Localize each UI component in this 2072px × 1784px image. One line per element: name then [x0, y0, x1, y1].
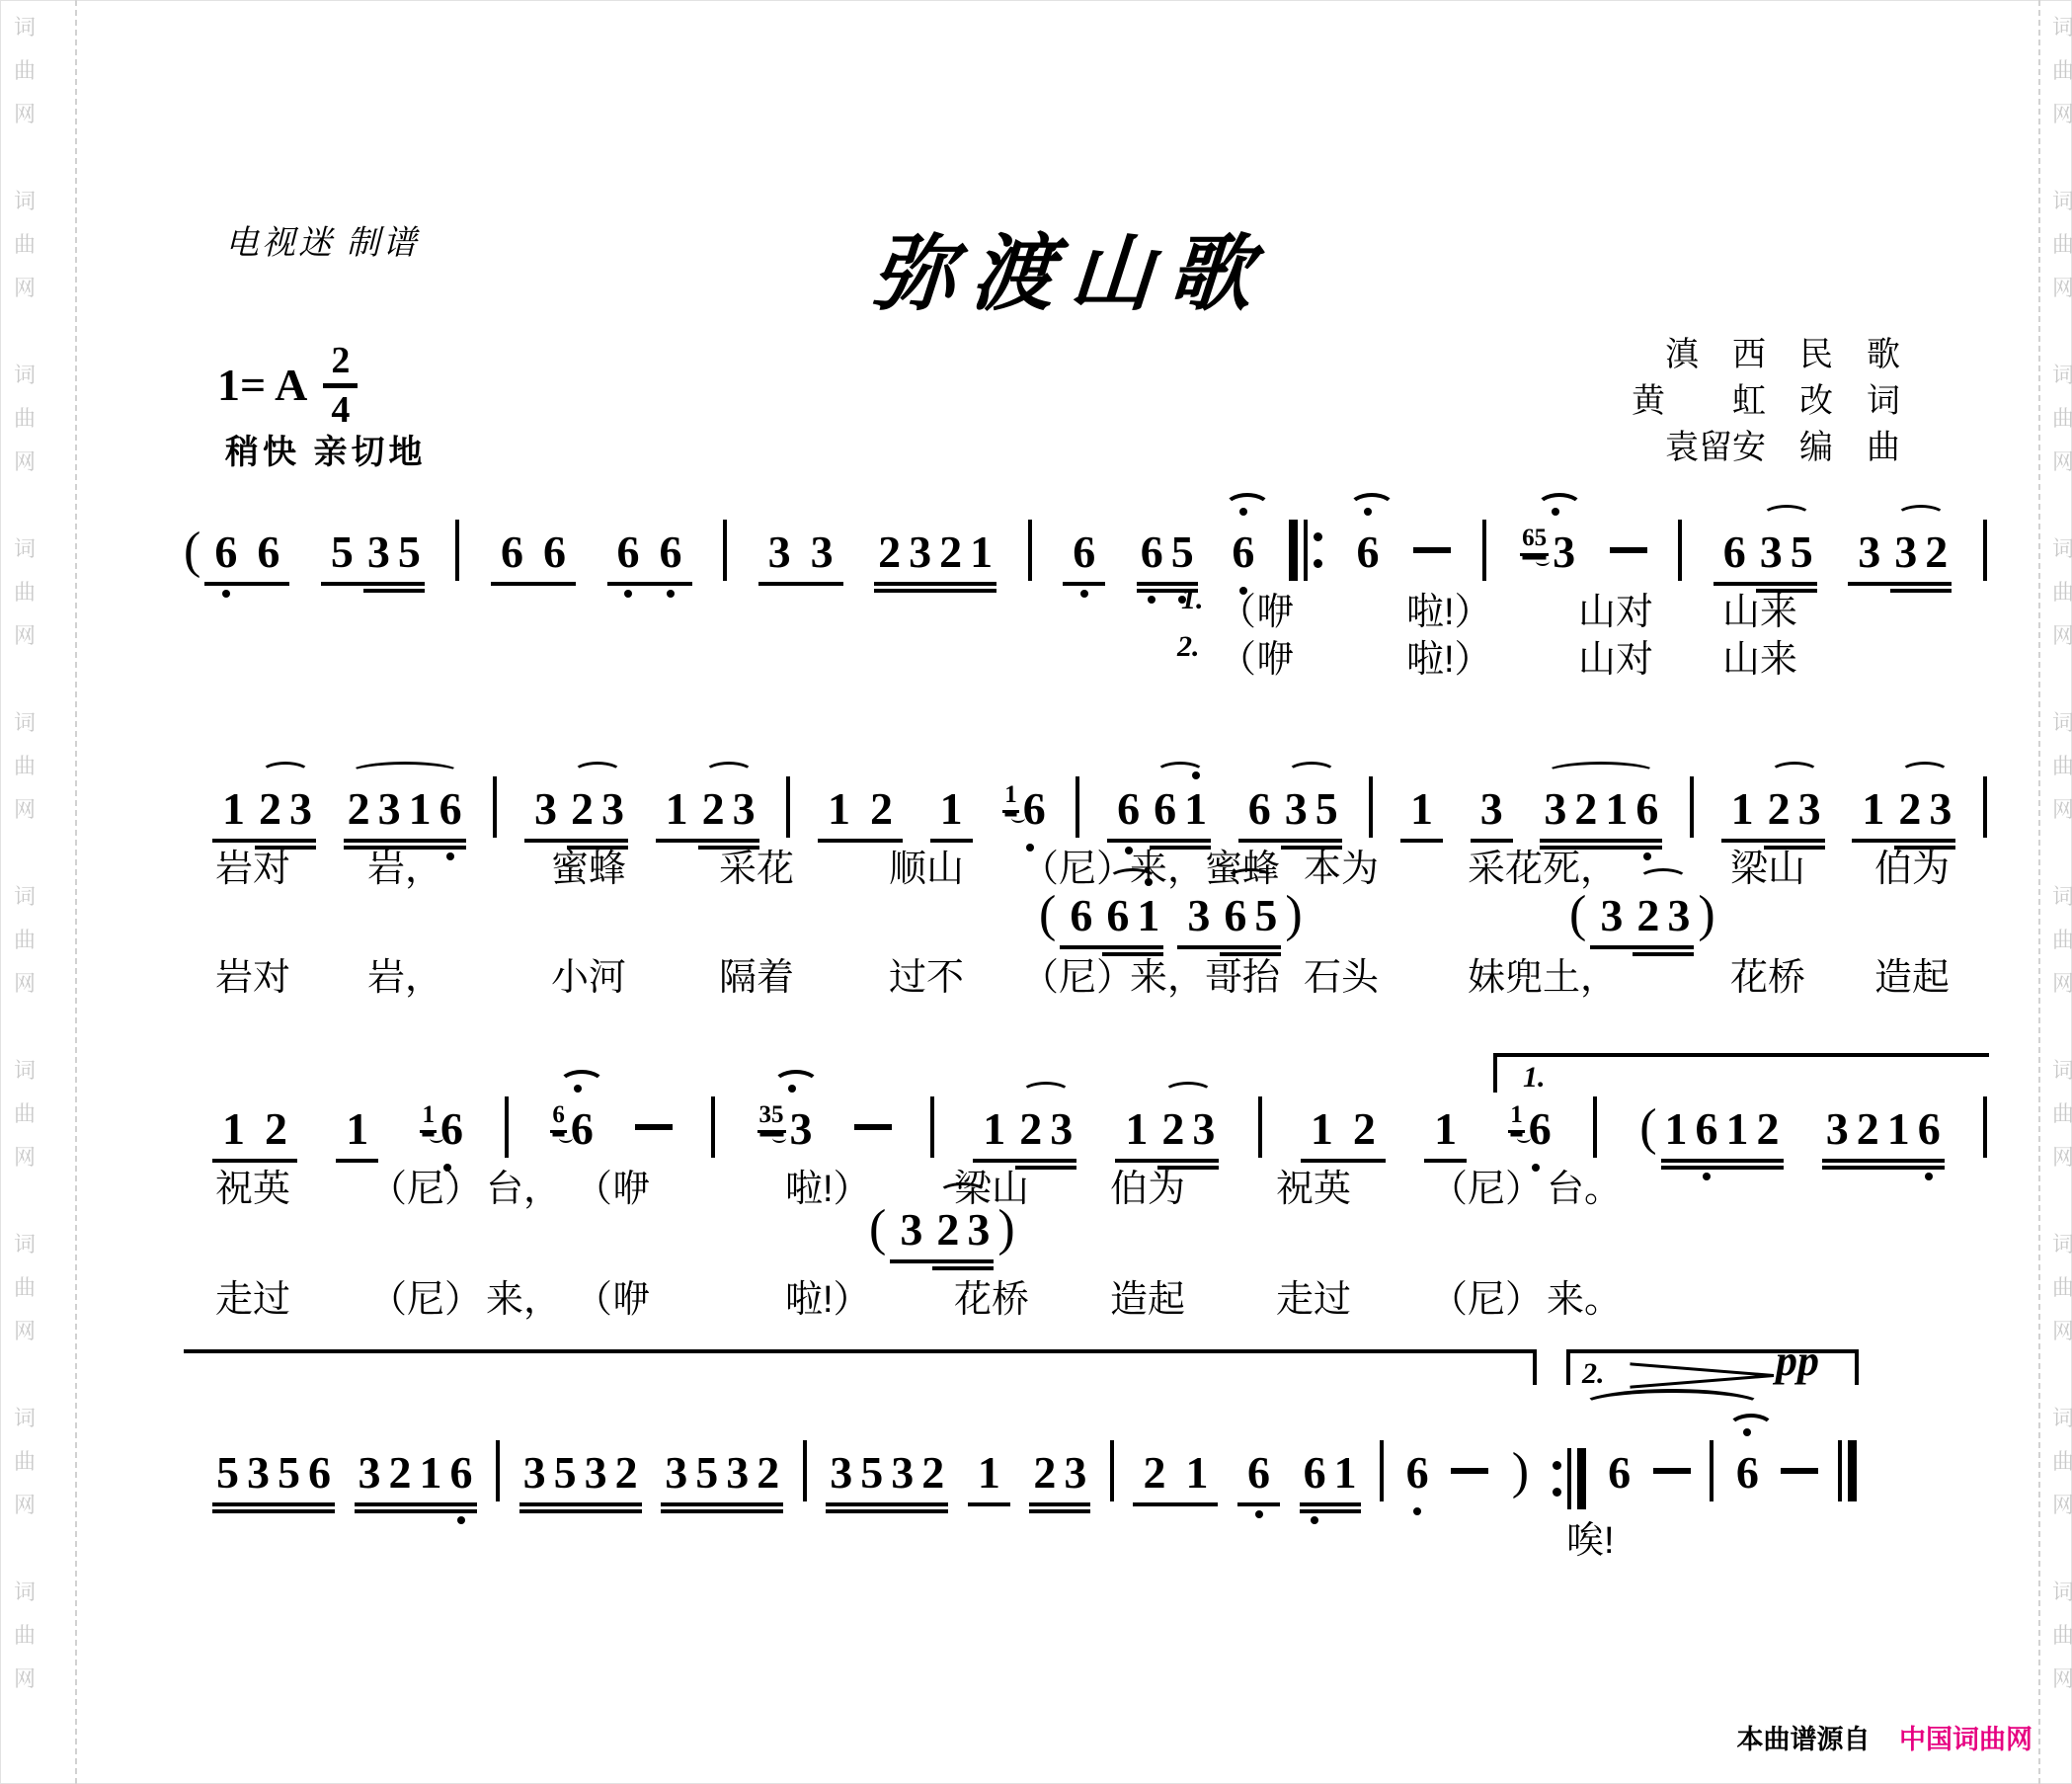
note: 2 — [255, 1101, 297, 1157]
note: 3 — [363, 525, 394, 580]
notation-line-2: 123231632312312116661635133216123123 — [212, 763, 1987, 837]
note-group: 1 — [336, 1101, 378, 1157]
note-group: 1 — [968, 1445, 1010, 1500]
note: 2 — [860, 781, 903, 837]
barline — [1983, 520, 1987, 581]
lyric-text: 本为 — [1304, 838, 1379, 892]
note: 6 — [247, 525, 289, 580]
note: 1 — [818, 781, 860, 837]
watermark-column-right: 词 曲 网 词 曲 网 词 曲 网 词 曲 网 词 曲 网 词 曲 网 词 曲 … — [2046, 6, 2072, 1744]
left-dashed-rule — [75, 0, 77, 1784]
note: 3 — [524, 781, 567, 837]
lyric-text: 山对 — [1578, 628, 1653, 683]
note-group: 653 — [1517, 525, 1578, 580]
barline-stroke — [1983, 1096, 1987, 1158]
note: 6 — [1237, 1445, 1280, 1500]
note-group: 66 — [607, 525, 692, 580]
lyric-text: 梁山 — [954, 1158, 1029, 1212]
slur: 32 — [1890, 525, 1952, 580]
note-group: 3216 — [1822, 1101, 1945, 1157]
note: 2 — [917, 1445, 948, 1500]
grace-note: 1 — [1002, 781, 1019, 813]
barline-stroke — [1482, 520, 1486, 581]
lyric-text: 岩， — [367, 838, 442, 892]
note: 1 — [1115, 1101, 1157, 1157]
note-group: (661 — [1035, 887, 1163, 943]
note: 2 — [698, 781, 729, 837]
barline-stroke — [1314, 527, 1322, 573]
dynamic-pp: pp — [1776, 1336, 1819, 1386]
notation-line-4: 53563216353235323532123216616)66 — [212, 1426, 1857, 1500]
note: 6 — [1914, 1101, 1945, 1157]
paren: ) — [1508, 1444, 1533, 1500]
slur: 23 — [1764, 781, 1825, 837]
half-note-dash — [854, 1124, 892, 1130]
grace-note: 6 — [550, 1101, 567, 1133]
note: 2 — [935, 525, 966, 580]
note: 6 — [1150, 781, 1180, 837]
verse-number: 2. — [1177, 630, 1200, 664]
source-site-link[interactable]: 中国词曲网 — [1899, 1725, 2032, 1754]
note: 1 — [1852, 781, 1894, 837]
barline — [803, 1440, 807, 1501]
grace-note: 65 — [1520, 525, 1549, 556]
lyric-text: 祝英 — [215, 1158, 290, 1212]
note: 2 — [1157, 1101, 1188, 1157]
note: 1 — [1722, 1101, 1753, 1157]
note: 3 — [285, 781, 316, 837]
barline-stroke — [1110, 1440, 1114, 1501]
note-group: 61 — [1300, 1445, 1361, 1500]
note: 1 — [1400, 781, 1443, 837]
note: 3 — [374, 781, 405, 837]
octave-dot-low — [1311, 1516, 1318, 1524]
watermark-column-left: 词 曲 网 词 曲 网 词 曲 网 词 曲 网 词 曲 网 词 曲 网 词 曲 … — [8, 6, 41, 1744]
final-barline — [1838, 1440, 1857, 1501]
note: 3 — [1177, 888, 1220, 943]
note-group: 6 — [1403, 1445, 1432, 1500]
barline-stroke — [1304, 520, 1308, 581]
note-group: 332 — [1848, 525, 1952, 580]
note-group: (1612 — [1635, 1100, 1783, 1157]
paren: ( — [1035, 887, 1060, 942]
lyric-text: 伯为 — [1110, 1158, 1185, 1212]
note: 2 — [1015, 1101, 1046, 1157]
note-group: 353 — [755, 1101, 816, 1157]
barline — [496, 1440, 500, 1501]
note: 6 — [446, 1445, 477, 1500]
note-group: 123 — [1721, 781, 1825, 837]
note: 6 — [1137, 525, 1167, 580]
note: 5 — [856, 1445, 887, 1500]
note-group: 365) — [1177, 887, 1306, 943]
note: 3 — [729, 781, 759, 837]
right-dashed-rule — [2038, 0, 2040, 1784]
slur: 35 — [1281, 781, 1342, 837]
note-group: 2316 — [344, 781, 466, 837]
note-group: 1 — [1400, 781, 1443, 837]
barline-stroke — [1710, 1440, 1713, 1501]
barline — [1258, 1096, 1262, 1158]
note: 3 — [1046, 1101, 1076, 1157]
note-group: 66 — [491, 525, 576, 580]
lyric-text: 造起 — [1110, 1268, 1185, 1323]
lyric-text: （咿 — [1219, 581, 1294, 635]
lyric-text: 啦!） — [785, 1268, 871, 1323]
note-group: 12 — [1301, 1101, 1386, 1157]
note: 16 — [417, 1101, 466, 1157]
octave-dot-low — [624, 590, 632, 598]
key-and-time-signature: 1= A 2 4 — [217, 340, 358, 429]
note: 2 — [1343, 1101, 1386, 1157]
barline-stroke — [1289, 520, 1298, 581]
source-prefix: 本曲谱源自 — [1736, 1725, 1870, 1754]
barline-stroke — [1076, 776, 1079, 838]
note: 3 — [826, 1445, 856, 1500]
time-signature-denominator: 4 — [323, 388, 358, 429]
lyric-text: 岩对 — [215, 946, 290, 1001]
note-group: 323 — [524, 781, 628, 837]
note: 3 — [758, 525, 801, 580]
note: 5 — [1312, 781, 1342, 837]
note-group: ) — [1508, 1444, 1533, 1500]
lyric-text: 伯为 — [1874, 838, 1950, 892]
barline-stroke — [1848, 1440, 1857, 1501]
lyric-text: 台。 — [1547, 1158, 1622, 1212]
note: 3 — [1188, 1101, 1219, 1157]
octave-dot-low — [1703, 1173, 1711, 1180]
note: 1 — [1180, 781, 1211, 837]
note: 5 — [1787, 525, 1817, 580]
credit-lyricist: 黄 虹 改 词 — [1481, 378, 1900, 425]
barline-stroke — [1258, 1096, 1262, 1158]
lyric-text: 来，蜜蜂 — [1130, 838, 1280, 892]
note: 3 — [1794, 781, 1825, 837]
note: 3 — [519, 1445, 550, 1500]
barline — [1710, 1440, 1713, 1501]
barline-stroke — [1838, 1440, 1842, 1501]
note: 6 — [1353, 525, 1382, 580]
slur: 23 — [698, 781, 759, 837]
note: 1 — [973, 1101, 1015, 1157]
note: 6 — [533, 525, 576, 580]
note-group: 6 — [1063, 525, 1105, 580]
barline — [505, 1096, 509, 1158]
note-group: 2321 — [874, 525, 996, 580]
note-group: 65 — [1137, 525, 1198, 580]
note: 2 — [1133, 1445, 1175, 1500]
barline — [786, 776, 790, 838]
lyric-text: 岩， — [367, 946, 442, 1001]
note-group: 12 — [818, 781, 903, 837]
note: 3 — [581, 1445, 611, 1500]
note: 6 — [650, 525, 692, 580]
octave-dot-low — [446, 852, 454, 860]
note: 6 — [204, 525, 247, 580]
note: 1 — [1133, 888, 1163, 943]
lyric-text: 石头 — [1304, 946, 1379, 1001]
half-note-dash — [1781, 1468, 1818, 1474]
half-note-dash — [1610, 547, 1647, 553]
note: 1 — [1424, 1101, 1467, 1157]
barline-stroke — [1983, 776, 1987, 838]
lyric-text: 祝英 — [1276, 1158, 1351, 1212]
volta-1-bracket-continuation — [184, 1349, 1537, 1385]
note-group: 21 — [1133, 1445, 1218, 1500]
note: 6 — [1229, 525, 1257, 580]
note: 1 — [1661, 1101, 1692, 1157]
note: 6 — [491, 525, 533, 580]
note: 6 — [436, 781, 466, 837]
note-group: 6 — [1229, 525, 1257, 580]
note-group: 6 — [1353, 525, 1382, 580]
barline — [493, 776, 497, 838]
note-group: 3216 — [355, 1445, 477, 1500]
note: 1 — [405, 781, 436, 837]
tempo-marking: 稍快 亲切地 — [225, 425, 426, 473]
note-group: (323) — [1565, 887, 1719, 943]
note: 6 — [1605, 1445, 1634, 1500]
note: 2 — [344, 781, 374, 837]
note: 1 — [1175, 1445, 1218, 1500]
lyric-text: 山来 — [1722, 581, 1797, 635]
slur: 61 — [1102, 888, 1163, 943]
note-group: (66 — [180, 524, 289, 580]
note: 2 — [385, 1445, 416, 1500]
note-group: 635 — [1713, 525, 1817, 580]
barline-stroke — [505, 1096, 509, 1158]
note: 2 — [1753, 1101, 1784, 1157]
barline — [711, 1096, 715, 1158]
note-group: 635 — [1238, 781, 1342, 837]
lyric-text: 采花死， — [1468, 838, 1618, 892]
note: 1 — [1601, 781, 1632, 837]
verse-number: 1. — [1181, 583, 1204, 616]
note-group: 123 — [973, 1101, 1076, 1157]
note: 6 — [304, 1445, 335, 1500]
note: 3 — [1471, 781, 1513, 837]
half-note-dash — [1413, 547, 1451, 553]
note: 2 — [1764, 781, 1794, 837]
note: 6 — [1060, 888, 1102, 943]
lyric-text: 顺山 — [889, 838, 964, 892]
lyric-text: 来，哥抬 — [1130, 946, 1280, 1001]
alternate-notes-snippet: (661365) — [1035, 887, 1307, 943]
note: 2 — [1894, 781, 1925, 837]
volta-2-label: 2. — [1582, 1357, 1605, 1391]
grace-note: 1 — [1508, 1101, 1525, 1133]
note-group: 6 — [1237, 1445, 1280, 1500]
note-group: 6 — [1733, 1445, 1762, 1500]
barline — [1076, 776, 1079, 838]
note: 5 — [274, 1445, 304, 1500]
lyric-text: （尼） — [1430, 1158, 1543, 1212]
note-group: 16 — [1505, 1101, 1554, 1157]
note: 2 — [1921, 525, 1952, 580]
source-note: 本曲谱源自 中国词曲网 — [1736, 1718, 2032, 1756]
slur: 2316 — [344, 781, 466, 837]
lyric-text: 梁山 — [1730, 838, 1805, 892]
lyric-text: （尼） — [1021, 946, 1134, 1001]
barline-stroke — [711, 1096, 715, 1158]
slur: 35 — [1756, 525, 1817, 580]
note-group: 3532 — [826, 1445, 948, 1500]
note: 5 — [212, 1445, 243, 1500]
note: 5 — [691, 1445, 722, 1500]
lyric-text: 啦!） — [1406, 628, 1492, 683]
note: 3 — [1281, 781, 1312, 837]
lyric-text: （尼） — [369, 1158, 482, 1212]
note: 2 — [874, 525, 905, 580]
note: 2 — [1029, 1445, 1060, 1500]
note: 1 — [336, 1101, 378, 1157]
credits-block: 滇 西 民 歌 黄 虹 改 词 袁留安 编 曲 — [1481, 332, 1900, 471]
barline — [1593, 1096, 1597, 1158]
note: 66 — [547, 1101, 597, 1157]
time-signature-numerator: 2 — [323, 340, 358, 388]
note-group: 123 — [656, 781, 759, 837]
note: 6 — [1713, 525, 1756, 580]
note: 3 — [905, 525, 935, 580]
slur: 3216 — [1540, 781, 1662, 837]
barline-stroke — [455, 520, 459, 581]
note: 3 — [243, 1445, 274, 1500]
octave-dot-low — [1080, 590, 1088, 598]
barline-stroke — [1553, 1456, 1561, 1501]
note: 3 — [1822, 1101, 1853, 1157]
note-group: 23 — [1029, 1445, 1090, 1500]
repeat-end-barline — [1553, 1448, 1586, 1509]
note: 16 — [999, 781, 1049, 837]
note-group: 123 — [1115, 1101, 1219, 1157]
note-group: 3216 — [1540, 781, 1662, 837]
key-signature: 1= A — [217, 359, 307, 411]
note: 1 — [1330, 1445, 1361, 1500]
paren: ( — [1635, 1100, 1660, 1156]
lyric-text: （咿 — [575, 1268, 650, 1323]
note-group: 3532 — [661, 1445, 783, 1500]
note: 2 — [1633, 888, 1663, 943]
lyric-text: 蜜蜂 — [551, 838, 626, 892]
note: 1 — [1883, 1101, 1914, 1157]
note-group: 3 — [1471, 781, 1513, 837]
lyric-text: （咿 — [1219, 628, 1294, 683]
octave-dot-high — [1192, 771, 1200, 779]
note-group: 16 — [999, 781, 1049, 837]
note-group: 1 — [1424, 1101, 1467, 1157]
note: 2 — [1853, 1101, 1883, 1157]
note: 3 — [661, 1445, 691, 1500]
slur: 61 — [1150, 781, 1211, 837]
slur: 23 — [567, 781, 628, 837]
lyric-text: 来。 — [1547, 1268, 1622, 1323]
note: 1 — [656, 781, 698, 837]
note: 2 — [1570, 781, 1601, 837]
barline — [930, 1096, 934, 1158]
note-group: 5356 — [212, 1445, 335, 1500]
note: 6 — [1300, 1445, 1330, 1500]
octave-dot-low — [457, 1516, 465, 1524]
note: 16 — [1505, 1101, 1554, 1157]
barline — [1983, 1096, 1987, 1158]
octave-dot-low — [1148, 596, 1156, 604]
note-group: 66 — [547, 1101, 597, 1157]
barline-stroke — [803, 1440, 807, 1501]
time-signature: 2 4 — [323, 340, 358, 429]
barline-stroke — [1369, 776, 1373, 838]
lyric-text: 隔着 — [719, 946, 794, 1001]
volta-1-label: 1. — [1523, 1061, 1546, 1095]
paren: ( — [180, 524, 204, 579]
barline-stroke — [1983, 520, 1987, 581]
note: 3 — [890, 1202, 932, 1257]
lyric-text: 过不 — [889, 946, 964, 1001]
note: 6 — [1107, 781, 1150, 837]
note: 2 — [255, 781, 285, 837]
barline — [455, 520, 459, 581]
lyric-text: 造起 — [1874, 946, 1950, 1001]
note-group: 1 — [930, 781, 973, 837]
barline-stroke — [723, 520, 727, 581]
octave-dot-low — [222, 590, 230, 598]
slur: 23 — [1894, 781, 1955, 837]
note: 3 — [1925, 781, 1955, 837]
note: 3 — [1060, 1445, 1090, 1500]
note: 6 — [1220, 888, 1250, 943]
note: 2 — [611, 1445, 642, 1500]
lyric-text: 花桥 — [954, 1268, 1029, 1323]
note: 1 — [1721, 781, 1764, 837]
barline-stroke — [930, 1096, 934, 1158]
song-title: 弥渡山歌 — [869, 207, 1272, 327]
lyric-text: 啦!） — [785, 1158, 871, 1212]
note: 5 — [1250, 888, 1281, 943]
barline-stroke — [1577, 1448, 1586, 1509]
note: 3 — [1663, 888, 1694, 943]
note: 1 — [416, 1445, 446, 1500]
slur: 65 — [1220, 888, 1281, 943]
barline-stroke — [1593, 1096, 1597, 1158]
lyric-text: 采花 — [719, 838, 794, 892]
note-group: 6 — [1605, 1445, 1634, 1500]
note: 2 — [567, 781, 598, 837]
lyric-text: 妹兜土， — [1468, 946, 1618, 1001]
note: 6 — [1102, 888, 1133, 943]
octave-dot-low — [667, 590, 675, 598]
lyric-text: 岩对 — [215, 838, 290, 892]
note: 6 — [1063, 525, 1105, 580]
note: 3 — [1890, 525, 1921, 580]
note: 3 — [722, 1445, 753, 1500]
note-group: 16 — [417, 1101, 466, 1157]
barline-stroke — [1028, 520, 1032, 581]
note: 353 — [755, 1101, 816, 1157]
grace-note: 1 — [420, 1101, 437, 1133]
note: 3 — [1848, 525, 1890, 580]
note: 6 — [1692, 1101, 1722, 1157]
decrescendo-hairpin — [1630, 1361, 1774, 1387]
note: 2 — [753, 1445, 783, 1500]
sheet-music-page: 词 曲 网 词 曲 网 词 曲 网 词 曲 网 词 曲 网 词 曲 网 词 曲 … — [0, 0, 2072, 1784]
barline-stroke — [493, 776, 497, 838]
note: 1 — [1301, 1101, 1343, 1157]
lyric-text: 花桥 — [1730, 946, 1805, 1001]
lyric-text: 小河 — [551, 946, 626, 1001]
lyric-text: 走过 — [215, 1268, 290, 1323]
octave-dot-low — [1925, 1173, 1933, 1180]
volta-1-bracket: 1. — [1493, 1053, 1989, 1093]
lyric-text: 山来 — [1722, 628, 1797, 683]
